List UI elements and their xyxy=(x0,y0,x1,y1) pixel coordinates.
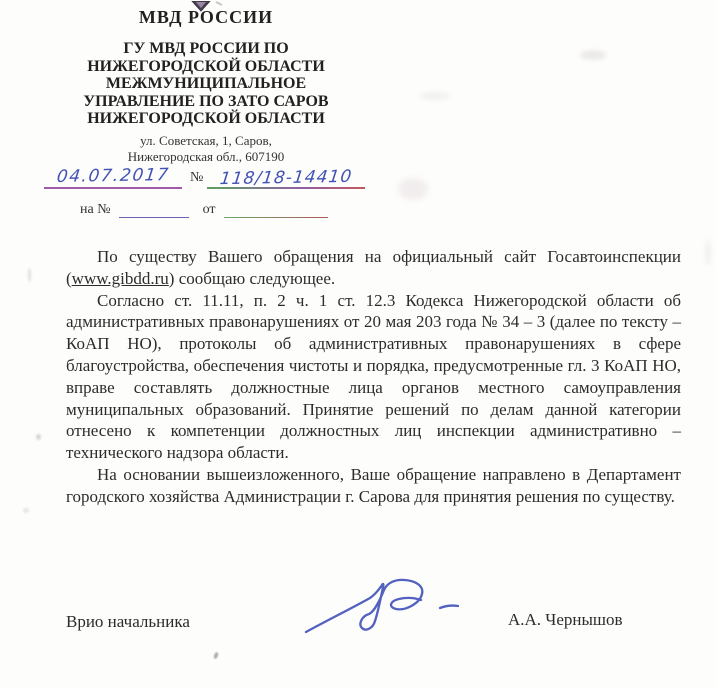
signer-name: А.А. Чернышов xyxy=(508,610,623,630)
outgoing-reference-row: 04.07.2017 № 118/18-14410 xyxy=(44,166,365,189)
handwritten-date: 04.07.2017 xyxy=(55,165,170,187)
gibdd-site-link: www.gibdd.ru xyxy=(72,269,169,288)
address-line: ул. Советская, 1, Саров, xyxy=(36,133,376,149)
handwritten-signature xyxy=(300,578,485,645)
scan-noise xyxy=(705,240,711,266)
org-line: НИЖЕГОРОДСКОЙ ОБЛАСТИ xyxy=(36,58,376,76)
letter-body: По существу Вашего обращения на официаль… xyxy=(66,246,681,508)
organization-name: ГУ МВД РОССИИ ПО НИЖЕГОРОДСКОЙ ОБЛАСТИ М… xyxy=(36,40,376,128)
date-field: 04.07.2017 xyxy=(44,166,182,189)
ministry-title: МВД РОССИИ xyxy=(36,7,376,28)
reply-date-blank xyxy=(224,202,328,218)
scan-noise xyxy=(420,92,450,100)
scanned-letter-page: МВД РОССИИ ГУ МВД РОССИИ ПО НИЖЕГОРОДСКО… xyxy=(0,0,716,688)
scan-noise xyxy=(580,50,606,60)
reply-to-label: на № xyxy=(80,202,111,218)
reply-from-label: от xyxy=(203,202,216,218)
paragraph-3: На основании вышеизложенного, Ваше обращ… xyxy=(66,464,681,508)
signer-position: Врио начальника xyxy=(66,612,190,632)
org-line: ГУ МВД РОССИИ ПО xyxy=(36,40,376,58)
reply-reference-row: на № от xyxy=(80,201,328,218)
address-line: Нижегородская обл., 607190 xyxy=(36,149,376,165)
organization-address: ул. Советская, 1, Саров, Нижегородская о… xyxy=(36,133,376,164)
paragraph-1: По существу Вашего обращения на официаль… xyxy=(66,246,681,290)
scan-noise xyxy=(36,434,41,440)
reply-number-blank xyxy=(119,201,189,218)
org-line: МЕЖМУНИЦИПАЛЬНОЕ xyxy=(36,75,376,93)
paragraph-2: Согласно ст. 11.11, п. 2 ч. 1 ст. 12.3 К… xyxy=(66,290,681,464)
outgoing-number-field: 118/18-14410 xyxy=(207,168,365,189)
scan-noise xyxy=(398,178,428,200)
scan-noise xyxy=(213,652,219,660)
scan-noise xyxy=(28,268,31,282)
handwritten-number: 118/18-14410 xyxy=(219,167,354,189)
org-line: НИЖЕГОРОДСКОЙ ОБЛАСТИ xyxy=(36,110,376,128)
number-sign-label: № xyxy=(190,170,203,186)
paragraph-1-tail: ) сообщаю следующее. xyxy=(169,269,335,288)
scan-noise xyxy=(23,508,29,513)
org-line: УПРАВЛЕНИЕ ПО ЗАТО САРОВ xyxy=(36,93,376,111)
